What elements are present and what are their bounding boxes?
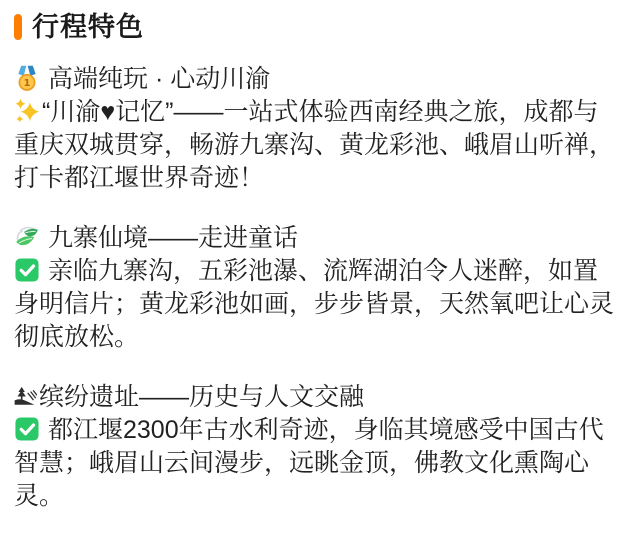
park-icon [14, 385, 37, 408]
feature-section-jiuzhai: 九寨仙境——走进童话 亲临九寨沟，五彩池瀑、流辉湖泊令人迷醉，如置身明信片；黄龙… [14, 222, 617, 354]
check-icon [14, 416, 40, 442]
trip-features-panel: 行程特色 1 高端纯玩 · 心动川渝 “川渝♥记忆”——一站式体验西南经典之旅，… [0, 0, 631, 529]
section-heading-text: 缤纷遗址——历史与人文交融 [39, 383, 364, 411]
section-title-row: 行程特色 [14, 12, 617, 42]
section-heading: 九寨仙境——走进童话 [14, 222, 617, 255]
sparkles-icon [14, 98, 40, 124]
page-title: 行程特色 [32, 12, 144, 42]
section-heading-text: 九寨仙境——走进童话 [48, 224, 298, 252]
section-body-text: “川渝♥记忆”——一站式体验西南经典之旅，成都与重庆双城贯穿，畅游九寨沟、黄龙彩… [14, 98, 614, 192]
check-icon [14, 257, 40, 283]
feature-section-heritage: 缤纷遗址——历史与人文交融 都江堰2300年古水利奇迹，身临其境感受中国古代智慧… [14, 381, 617, 513]
section-body-text: 亲临九寨沟，五彩池瀑、流辉湖泊令人迷醉，如置身明信片；黄龙彩池如画，步步皆景，天… [14, 257, 614, 351]
section-heading: 1 高端纯玩 · 心动川渝 [14, 63, 617, 96]
title-accent-bar [14, 14, 22, 40]
section-body: “川渝♥记忆”——一站式体验西南经典之旅，成都与重庆双城贯穿，畅游九寨沟、黄龙彩… [14, 96, 617, 195]
feature-section-premium: 1 高端纯玩 · 心动川渝 “川渝♥记忆”——一站式体验西南经典之旅，成都与重庆… [14, 63, 617, 195]
section-heading: 缤纷遗址——历史与人文交融 [14, 381, 617, 414]
gold-medal-icon: 1 [14, 65, 40, 91]
leaf-icon [14, 224, 40, 250]
section-body: 都江堰2300年古水利奇迹，身临其境感受中国古代智慧；峨眉山云间漫步，远眺金顶，… [14, 414, 617, 513]
section-body: 亲临九寨沟，五彩池瀑、流辉湖泊令人迷醉，如置身明信片；黄龙彩池如画，步步皆景，天… [14, 255, 617, 354]
section-body-text: 都江堰2300年古水利奇迹，身临其境感受中国古代智慧；峨眉山云间漫步，远眺金顶，… [14, 416, 604, 510]
section-heading-text: 高端纯玩 · 心动川渝 [48, 65, 270, 93]
svg-text:1: 1 [23, 78, 30, 89]
